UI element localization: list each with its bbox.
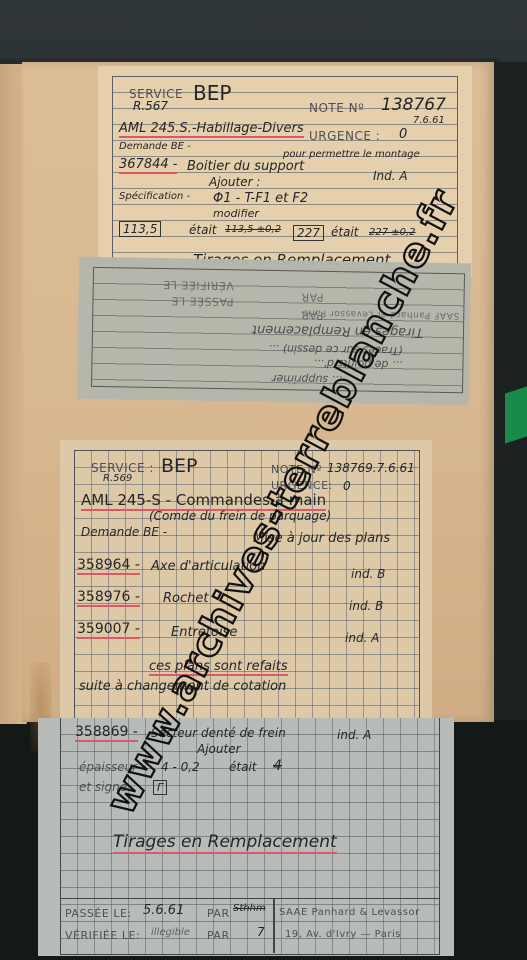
note-footer: Tirages en Remplacement xyxy=(113,832,337,854)
part-index: ind. B xyxy=(349,599,383,613)
service-value: BEP xyxy=(161,455,198,477)
note-subject: AML 245.S.-Habillage-Divers xyxy=(119,121,304,138)
spec-label: Spécification - xyxy=(119,191,190,202)
note-date: 7.6.61 xyxy=(413,115,445,126)
par-signature-2: 7 xyxy=(257,925,265,939)
demande-label: Demande BE - xyxy=(81,525,167,539)
company-line-1: SAAE Panhard & Levassor xyxy=(279,907,420,918)
extra-part-index: ind. A xyxy=(337,728,371,742)
thickness-was-label: était xyxy=(229,760,256,774)
part-index: ind. A xyxy=(345,631,379,645)
urgence-value: 0 xyxy=(399,127,407,142)
service-value: BEP xyxy=(193,81,231,105)
divider xyxy=(273,899,275,953)
green-index-tab xyxy=(505,386,527,443)
part-name: Boitier du support xyxy=(187,159,304,174)
part-index: ind. B xyxy=(351,567,385,581)
part-number: 358976 - xyxy=(77,589,140,607)
par-signature-1: Sthhm xyxy=(233,903,266,914)
dim1-new: 113,5 xyxy=(119,221,161,237)
urgence-value: 0 xyxy=(343,479,351,493)
spec-value: Φ1 - T-F1 et F2 xyxy=(213,191,308,206)
action-ajouter: Ajouter : xyxy=(209,175,260,189)
par-label-1: PAR xyxy=(301,290,324,303)
signature-block: PASSÉE LE: 5.6.61 PAR Sthhm VÉRIFIÉE LE:… xyxy=(61,898,439,953)
part-number: 367844 - xyxy=(119,157,177,174)
thickness-was: 4 xyxy=(273,758,282,774)
urgence-label: URGENCE : xyxy=(309,129,380,143)
dim2-was-label: était xyxy=(331,225,358,239)
par-label-2: PAR xyxy=(207,929,230,942)
dim2-new: 227 xyxy=(293,225,324,241)
note-subject-sub: (Comde du frein de parquage) xyxy=(149,509,331,523)
continuation-frame: 358869 - Secteur denté de frein ind. A A… xyxy=(60,718,440,955)
verifiee-label: VÉRIFIÉE LE xyxy=(163,278,234,292)
passee-date: 5.6.61 xyxy=(143,903,184,918)
verifiee-date: illegible xyxy=(151,927,190,938)
service-ref: R.567 xyxy=(133,99,168,113)
service-ref: R.569 xyxy=(103,473,132,484)
part-number: 359007 - xyxy=(77,621,140,639)
note-number: 138769.7.6.61 xyxy=(327,461,415,475)
note-number-label: NOTE Nº xyxy=(309,101,364,115)
verifiee-label: VÉRIFIÉE LE: xyxy=(65,929,140,942)
part-index: Ind. A xyxy=(373,169,408,183)
par-label-1: PAR xyxy=(207,907,230,920)
dim1-was: 113,5 ±0,2 xyxy=(225,224,281,235)
action-ajouter: Ajouter xyxy=(197,742,241,756)
dim1-was-label: était xyxy=(189,223,216,237)
note-number: 138767 xyxy=(381,95,446,115)
extra-part-number: 358869 - xyxy=(75,724,138,742)
demande-label: Demande BE - xyxy=(119,141,191,152)
company-line-2: 19, Av. d'Ivry — Paris xyxy=(285,929,401,940)
passee-label: PASSÉE LE xyxy=(171,294,234,308)
passee-label: PASSÉE LE: xyxy=(65,907,132,920)
part-number: 358964 - xyxy=(77,557,140,575)
modify-label: modifier xyxy=(213,207,259,220)
change-note-continuation: 358869 - Secteur denté de frein ind. A A… xyxy=(38,718,454,956)
